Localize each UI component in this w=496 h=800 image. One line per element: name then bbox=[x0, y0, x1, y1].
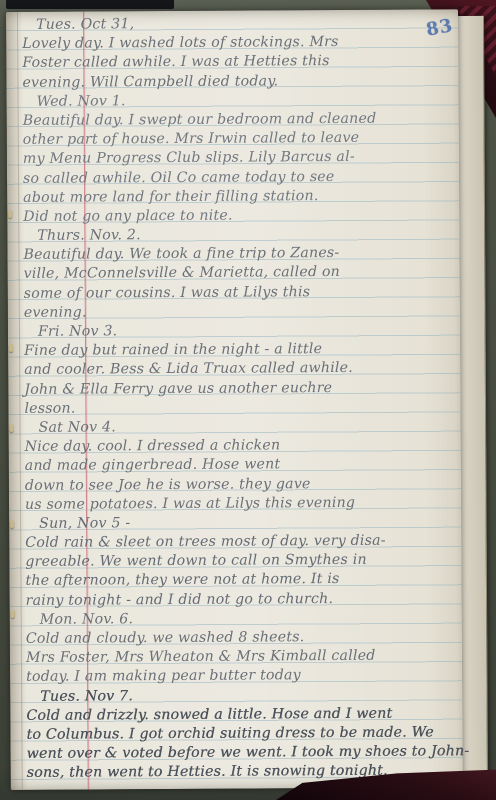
diary-line: us some potatoes. I was at Lilys this ev… bbox=[25, 493, 453, 515]
diary-line: rainy tonight - and I did not go to chur… bbox=[26, 589, 454, 611]
diary-entry: Sun, Nov 5 - Cold rain & sleet on trees … bbox=[25, 512, 454, 611]
diary-page: 83 Tues. Oct 31, Lovely day. I washed lo… bbox=[6, 9, 463, 790]
diary-line: Nice day. cool. I dressed a chicken bbox=[25, 435, 453, 457]
entry-date-heading: Mon. Nov. 6. bbox=[26, 608, 454, 630]
entry-date-heading: Thurs. Nov. 2. bbox=[23, 224, 451, 246]
diary-entry: Sat Nov 4. Nice day. cool. I dressed a c… bbox=[24, 416, 453, 515]
diary-line: ville, McConnelsville & Marietta, called… bbox=[24, 263, 452, 285]
diary-entry: Tues. Oct 31, Lovely day. I washed lots … bbox=[22, 13, 450, 92]
diary-line: other part of house. Mrs Irwin called to… bbox=[23, 128, 451, 150]
entry-date-heading: Tues. Oct 31, bbox=[22, 13, 450, 35]
photo-background: 83 Tues. Oct 31, Lovely day. I washed lo… bbox=[0, 0, 496, 800]
diary-line: my Menu Progress Club slips. Lily Barcus… bbox=[23, 148, 451, 170]
diary-line: went over & voted before we went. I took… bbox=[26, 742, 454, 764]
entry-date-heading: Wed. Nov 1. bbox=[22, 90, 450, 112]
diary-line: Did not go any place to nite. bbox=[23, 205, 451, 227]
stitch-mark bbox=[11, 610, 15, 618]
diary-line: some of our cousins. I was at Lilys this bbox=[24, 282, 452, 304]
entry-date-heading: Tues. Nov 7. bbox=[26, 685, 454, 707]
diary-line: today. I am making pear butter today bbox=[26, 666, 454, 688]
diary-line: lesson. bbox=[24, 397, 452, 419]
diary-line: Mrs Foster, Mrs Wheaton & Mrs Kimball ca… bbox=[26, 646, 454, 668]
entry-date-heading: Sun, Nov 5 - bbox=[25, 512, 453, 534]
stitch-mark bbox=[9, 344, 13, 352]
stitch-mark bbox=[10, 520, 14, 528]
diary-line: Cold rain & sleet on trees most of day. … bbox=[25, 531, 453, 553]
diary-line: Beautiful day. I swept our bedroom and c… bbox=[23, 109, 451, 131]
diary-line: down to see Joe he is worse. they gave bbox=[25, 474, 453, 496]
diary-line: Cold and cloudy. we washed 8 sheets. bbox=[26, 627, 454, 649]
diary-line: Cold and drizzly. snowed a little. Hose … bbox=[26, 704, 454, 726]
diary-line: and cooler. Bess & Lida Truax called awh… bbox=[24, 359, 452, 381]
diary-line: to Columbus. I got orchid suiting dress … bbox=[26, 723, 454, 745]
diary-line: John & Ella Ferry gave us another euchre bbox=[24, 378, 452, 400]
diary-line: so called awhile. Oil Co came today to s… bbox=[23, 167, 451, 189]
diary-entry: Mon. Nov. 6. Cold and cloudy. we washed … bbox=[26, 608, 454, 687]
entry-date-heading: Fri. Nov 3. bbox=[24, 320, 452, 342]
diary-entry: Tues. Nov 7. Cold and drizzly. snowed a … bbox=[26, 685, 455, 784]
diary-line: and made gingerbread. Hose went bbox=[25, 455, 453, 477]
diary-line: evening. Will Campbell died today. bbox=[22, 71, 450, 93]
diary-line: the afternoon, they were not at home. It… bbox=[25, 570, 453, 592]
diary-entry: Wed. Nov 1. Beautiful day. I swept our b… bbox=[22, 90, 451, 227]
book-spine-edge bbox=[6, 0, 174, 9]
stitch-mark bbox=[8, 210, 12, 218]
diary-line: Lovely day. I washed lots of stockings. … bbox=[22, 32, 450, 54]
diary-line: evening. bbox=[24, 301, 452, 323]
diary-line: about more land for their filling statio… bbox=[23, 186, 451, 208]
entry-date-heading: Sat Nov 4. bbox=[24, 416, 452, 438]
diary-line: Fine day but rained in the night - a lit… bbox=[24, 339, 452, 361]
diary-line: Beautiful day. We took a fine trip to Za… bbox=[23, 244, 451, 266]
diary-entry: Fri. Nov 3. Fine day but rained in the n… bbox=[24, 320, 453, 419]
handwritten-text: Tues. Oct 31, Lovely day. I washed lots … bbox=[22, 13, 455, 783]
diary-line: Foster called awhile. I was at Hetties t… bbox=[22, 52, 450, 74]
diary-entry: Thurs. Nov. 2. Beautiful day. We took a … bbox=[23, 224, 452, 323]
stitch-mark bbox=[10, 424, 14, 432]
diary-line: greeable. We went down to call on Smythe… bbox=[25, 551, 453, 573]
